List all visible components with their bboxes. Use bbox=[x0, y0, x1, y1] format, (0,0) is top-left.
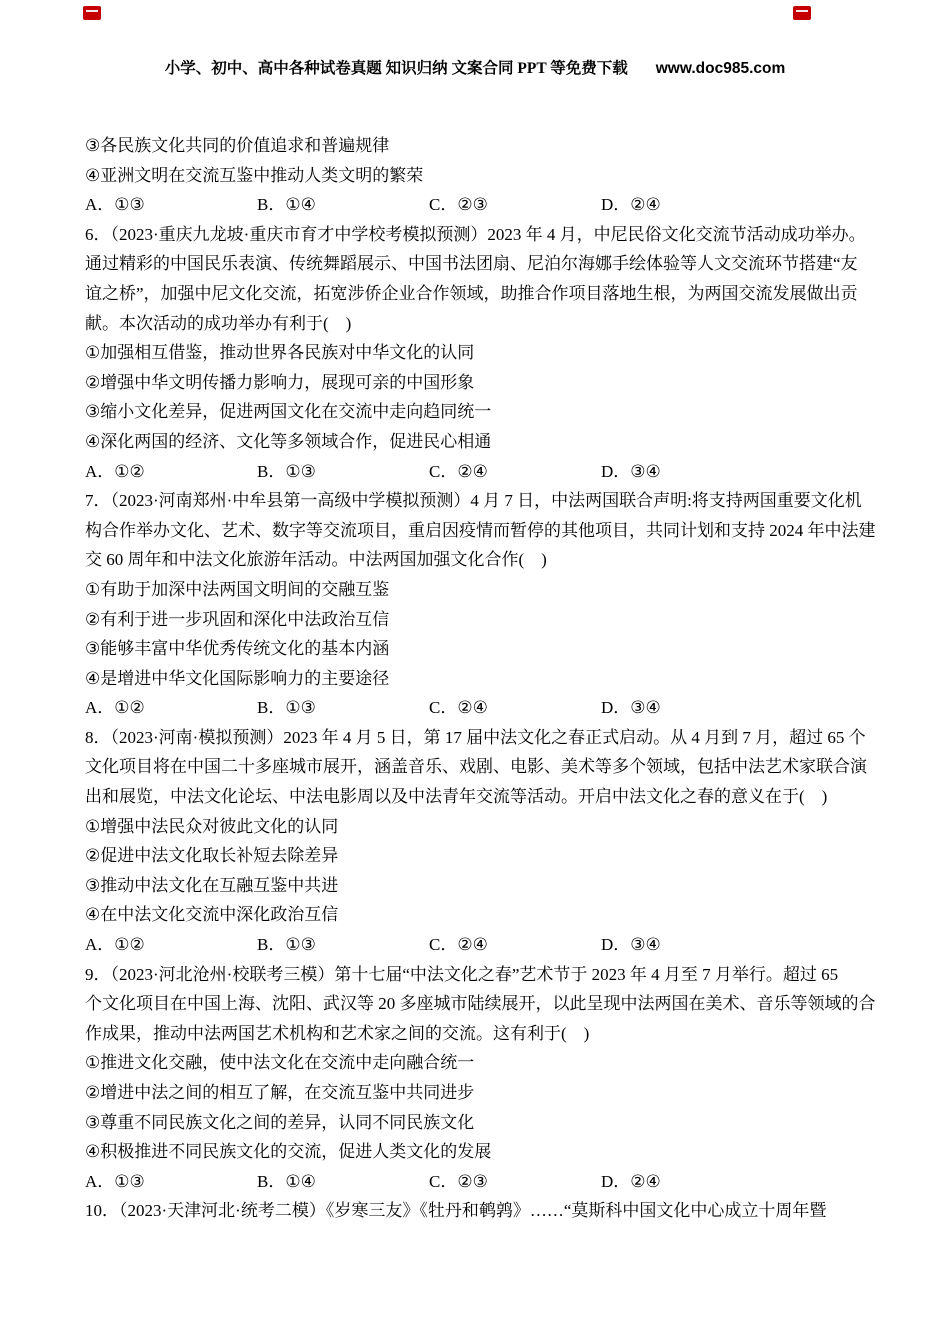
statement-line: ④亚洲文明在交流互鉴中推动人类文明的繁荣 bbox=[85, 161, 875, 191]
option-d: D．②④ bbox=[601, 190, 661, 220]
document-body: ③各民族文化共同的价值追求和普遍规律④亚洲文明在交流互鉴中推动人类文明的繁荣A．… bbox=[85, 131, 875, 1226]
red-stamp-icon bbox=[83, 6, 101, 20]
option-a: A．①② bbox=[85, 457, 257, 487]
question-stem-line: 9．（2023·河北沧州·校联考三模）第十七届“中法文化之春”艺术节于 2023… bbox=[85, 960, 875, 990]
option-a: A．①② bbox=[85, 930, 257, 960]
options-row: A．①②B．①③C．②④D．③④ bbox=[85, 457, 875, 487]
option-b: B．①③ bbox=[257, 693, 429, 723]
statement-line: ④积极推进不同民族文化的交流，促进人类文化的发展 bbox=[85, 1137, 875, 1167]
option-d: D．②④ bbox=[601, 1167, 661, 1197]
options-row: A．①③B．①④C．②③D．②④ bbox=[85, 1167, 875, 1197]
statement-line: ④深化两国的经济、文化等多领域合作，促进民心相通 bbox=[85, 427, 875, 457]
option-b: B．①③ bbox=[257, 930, 429, 960]
question-stem-line: 交 60 周年和中法文化旅游年活动。中法两国加强文化合作( ) bbox=[85, 545, 875, 575]
option-c: C．②③ bbox=[429, 190, 601, 220]
statement-line: ③各民族文化共同的价值追求和普遍规律 bbox=[85, 131, 875, 161]
statement-line: ②增进中法之间的相互了解，在交流互鉴中共同进步 bbox=[85, 1078, 875, 1108]
options-row: A．①②B．①③C．②④D．③④ bbox=[85, 930, 875, 960]
question-stem-line: 个文化项目在中国上海、沈阳、武汉等 20 多座城市陆续展开，以此呈现中法两国在美… bbox=[85, 989, 875, 1019]
question-stem-line: 构合作举办文化、艺术、数字等交流项目，重启因疫情而暂停的其他项目，共同计划和支持… bbox=[85, 516, 875, 546]
statement-line: ③推动中法文化在互融互鉴中共进 bbox=[85, 871, 875, 901]
question-stem-line: 7．（2023·河南郑州·中牟县第一高级中学模拟预测）4 月 7 日，中法两国联… bbox=[85, 486, 875, 516]
option-c: C．②③ bbox=[429, 1167, 601, 1197]
options-row: A．①③B．①④C．②③D．②④ bbox=[85, 190, 875, 220]
statement-line: ①有助于加深中法两国文明间的交融互鉴 bbox=[85, 575, 875, 605]
question-stem-line: 通过精彩的中国民乐表演、传统舞蹈展示、中国书法团扇、尼泊尔海娜手绘体验等人文交流… bbox=[85, 249, 875, 279]
statement-line: ②有利于进一步巩固和深化中法政治互信 bbox=[85, 605, 875, 635]
document-page: 小学、初中、高中各种试卷真题 知识归纳 文案合同 PPT 等免费下载www.do… bbox=[0, 0, 950, 1344]
option-b: B．①④ bbox=[257, 1167, 429, 1197]
question-stem-line: 文化项目将在中国二十多座城市展开，涵盖音乐、戏剧、电影、美术等多个领域，包括中法… bbox=[85, 752, 875, 782]
question-stem-line: 8．（2023·河南·模拟预测）2023 年 4 月 5 日，第 17 届中法文… bbox=[85, 723, 875, 753]
question-stem-line: 出和展览，中法文化论坛、中法电影周以及中法青年交流等活动。开启中法文化之春的意义… bbox=[85, 782, 875, 812]
option-a: A．①③ bbox=[85, 190, 257, 220]
options-row: A．①②B．①③C．②④D．③④ bbox=[85, 693, 875, 723]
statement-line: ①推进文化交融，使中法文化在交流中走向融合统一 bbox=[85, 1048, 875, 1078]
site-header-text: 小学、初中、高中各种试卷真题 知识归纳 文案合同 PPT 等免费下载 bbox=[165, 60, 628, 77]
site-url: www.doc985.com bbox=[656, 60, 786, 77]
site-header: 小学、初中、高中各种试卷真题 知识归纳 文案合同 PPT 等免费下载www.do… bbox=[0, 56, 950, 78]
option-a: A．①② bbox=[85, 693, 257, 723]
option-c: C．②④ bbox=[429, 693, 601, 723]
statement-line: ③尊重不同民族文化之间的差异，认同不同民族文化 bbox=[85, 1108, 875, 1138]
question-stem-line: 10．（2023·天津河北·统考二模）《岁寒三友》《牡丹和鹌鹑》……“莫斯科中国… bbox=[85, 1196, 875, 1226]
question-stem-line: 谊之桥”，加强中尼文化交流，拓宽涉侨企业合作领域，助推合作项目落地生根，为两国交… bbox=[85, 279, 875, 309]
question-stem-line: 作成果，推动中法两国艺术机构和艺术家之间的交流。这有利于( ) bbox=[85, 1019, 875, 1049]
option-b: B．①④ bbox=[257, 190, 429, 220]
statement-line: ④是增进中华文化国际影响力的主要途径 bbox=[85, 664, 875, 694]
option-d: D．③④ bbox=[601, 457, 661, 487]
statement-line: ④在中法文化交流中深化政治互信 bbox=[85, 900, 875, 930]
statement-line: ③能够丰富中华优秀传统文化的基本内涵 bbox=[85, 634, 875, 664]
statement-line: ①加强相互借鉴，推动世界各民族对中华文化的认同 bbox=[85, 338, 875, 368]
statement-line: ②增强中华文明传播力影响力，展现可亲的中国形象 bbox=[85, 368, 875, 398]
option-c: C．②④ bbox=[429, 457, 601, 487]
statement-line: ③缩小文化差异，促进两国文化在交流中走向趋同统一 bbox=[85, 397, 875, 427]
option-d: D．③④ bbox=[601, 693, 661, 723]
option-a: A．①③ bbox=[85, 1167, 257, 1197]
option-b: B．①③ bbox=[257, 457, 429, 487]
red-stamp-icon bbox=[793, 6, 811, 20]
question-stem-line: 6．（2023·重庆九龙坡·重庆市育才中学校考模拟预测）2023 年 4 月，中… bbox=[85, 220, 875, 250]
statement-line: ①增强中法民众对彼此文化的认同 bbox=[85, 812, 875, 842]
option-c: C．②④ bbox=[429, 930, 601, 960]
statement-line: ②促进中法文化取长补短去除差异 bbox=[85, 841, 875, 871]
question-stem-line: 献。本次活动的成功举办有利于( ) bbox=[85, 309, 875, 339]
option-d: D．③④ bbox=[601, 930, 661, 960]
